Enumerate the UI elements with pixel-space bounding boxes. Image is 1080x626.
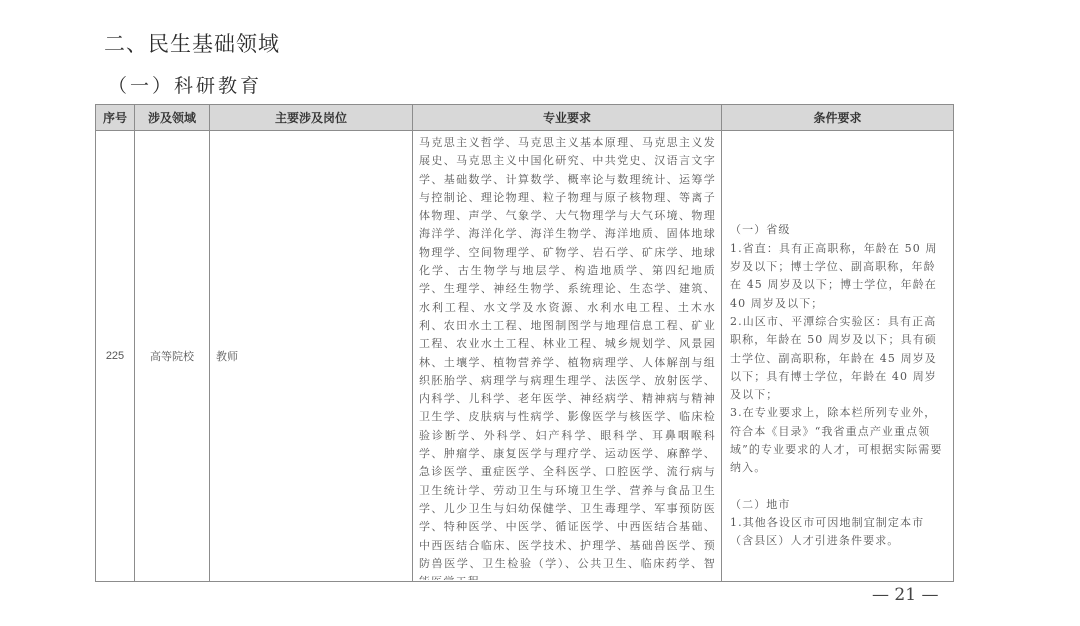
section-heading: 二、民生基础领域 — [104, 28, 280, 58]
cell-conditions: （一）省级 1.省直：具有正高职称，年龄在 50 周岁及以下；博士学位、副高职称… — [722, 131, 954, 582]
header-domain: 涉及领域 — [135, 105, 210, 131]
cell-post: 教师 — [210, 131, 413, 582]
page-number: — 21 — — [872, 585, 938, 605]
header-seq: 序号 — [96, 105, 135, 131]
provincial-item: 3.在专业要求上，除本栏所列专业外，符合本《目录》“我省重点产业重点领域”的专业… — [730, 404, 943, 477]
subsection-heading: （一）科研教育 — [108, 71, 262, 98]
provincial-item: 2.山区市、平潭综合实验区：具有正高职称，年龄在 50 周岁及以下；具有硕士学位… — [730, 313, 943, 404]
city-item: 1.其他各设区市可因地制宜制定本市（含县区）人才引进条件要求。 — [730, 514, 943, 551]
table-header-row: 序号 涉及领域 主要涉及岗位 专业要求 条件要求 — [96, 105, 954, 131]
header-post: 主要涉及岗位 — [210, 105, 413, 131]
provincial-title: （一）省级 — [730, 221, 943, 239]
city-title: （二）地市 — [730, 496, 943, 514]
header-major: 专业要求 — [413, 105, 722, 131]
cell-domain: 高等院校 — [135, 131, 210, 582]
talent-catalog-table: 序号 涉及领域 主要涉及岗位 专业要求 条件要求 225 高等院校 教师 马克思… — [95, 104, 954, 582]
table-row: 225 高等院校 教师 马克思主义哲学、马克思主义基本原理、马克思主义发展史、马… — [96, 131, 954, 582]
cell-seq: 225 — [96, 131, 135, 582]
provincial-item: 1.省直：具有正高职称，年龄在 50 周岁及以下；博士学位、副高职称，年龄在 4… — [730, 240, 943, 313]
header-conditions: 条件要求 — [722, 105, 954, 131]
major-list-text: 马克思主义哲学、马克思主义基本原理、马克思主义发展史、马克思主义中国化研究、中共… — [419, 134, 716, 580]
cell-major: 马克思主义哲学、马克思主义基本原理、马克思主义发展史、马克思主义中国化研究、中共… — [413, 131, 722, 582]
